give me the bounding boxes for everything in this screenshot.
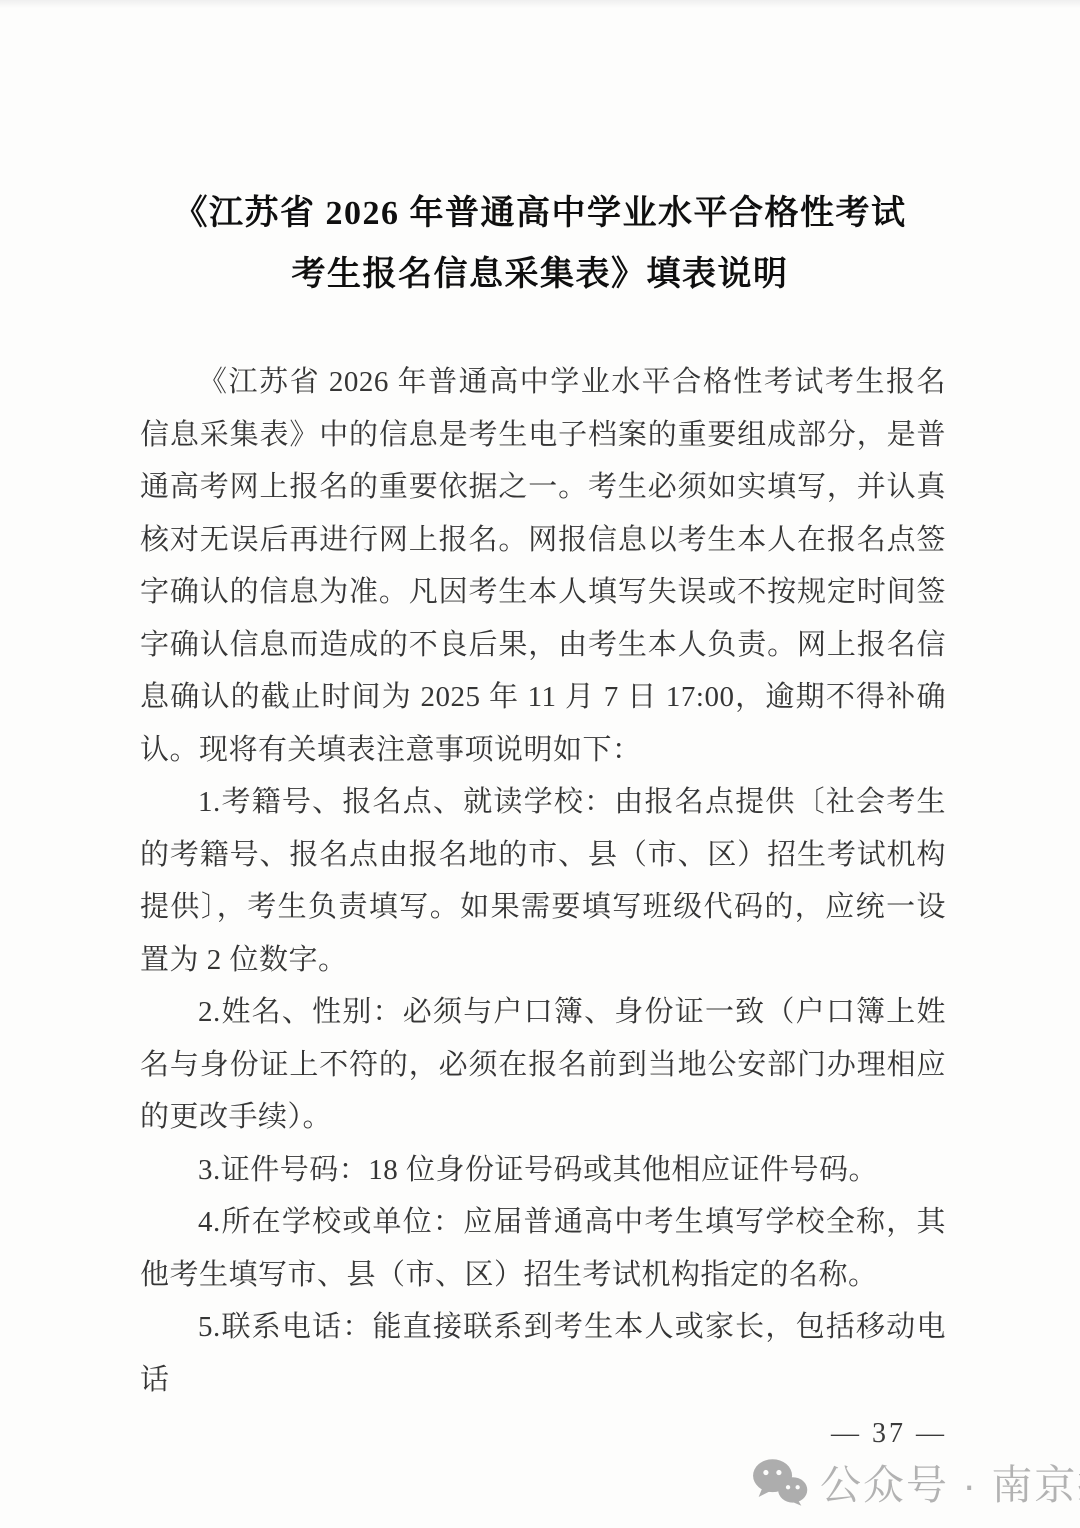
paragraph-item-5: 5.联系电话：能直接联系到考生本人或家长，包括移动电话 (140, 1301, 946, 1406)
paragraph-intro: 《江苏省 2026 年普通高中学业水平合格性考试考生报名信息采集表》中的信息是考… (140, 356, 946, 776)
page-top-shade (0, 0, 1080, 8)
wechat-icon (752, 1458, 808, 1506)
page-title-line2: 考生报名信息采集表》填表说明 (0, 244, 1080, 305)
watermark-text: 公众号 · 南京择校 (820, 1452, 1080, 1511)
document-page: 《江苏省 2026 年普通高中学业水平合格性考试 考生报名信息采集表》填表说明 … (0, 0, 1080, 1528)
page-title: 《江苏省 2026 年普通高中学业水平合格性考试 考生报名信息采集表》填表说明 (0, 183, 1080, 305)
paragraph-item-1: 1.考籍号、报名点、就读学校：由报名点提供〔社会考生的考籍号、报名点由报名地的市… (140, 776, 946, 986)
watermark: 公众号 · 南京择校 (752, 1452, 1080, 1511)
paragraph-item-4: 4.所在学校或单位：应届普通高中考生填写学校全称，其他考生填写市、县（市、区）招… (140, 1196, 946, 1301)
page-number: — 37 — (831, 1418, 947, 1450)
page-title-line1: 《江苏省 2026 年普通高中学业水平合格性考试 (0, 183, 1080, 244)
paragraph-item-2: 2.姓名、性别：必须与户口簿、身份证一致（户口簿上姓名与身份证上不符的，必须在报… (140, 986, 946, 1144)
paragraph-item-3: 3.证件号码：18 位身份证号码或其他相应证件号码。 (140, 1144, 946, 1197)
document-body: 《江苏省 2026 年普通高中学业水平合格性考试考生报名信息采集表》中的信息是考… (140, 356, 946, 1406)
